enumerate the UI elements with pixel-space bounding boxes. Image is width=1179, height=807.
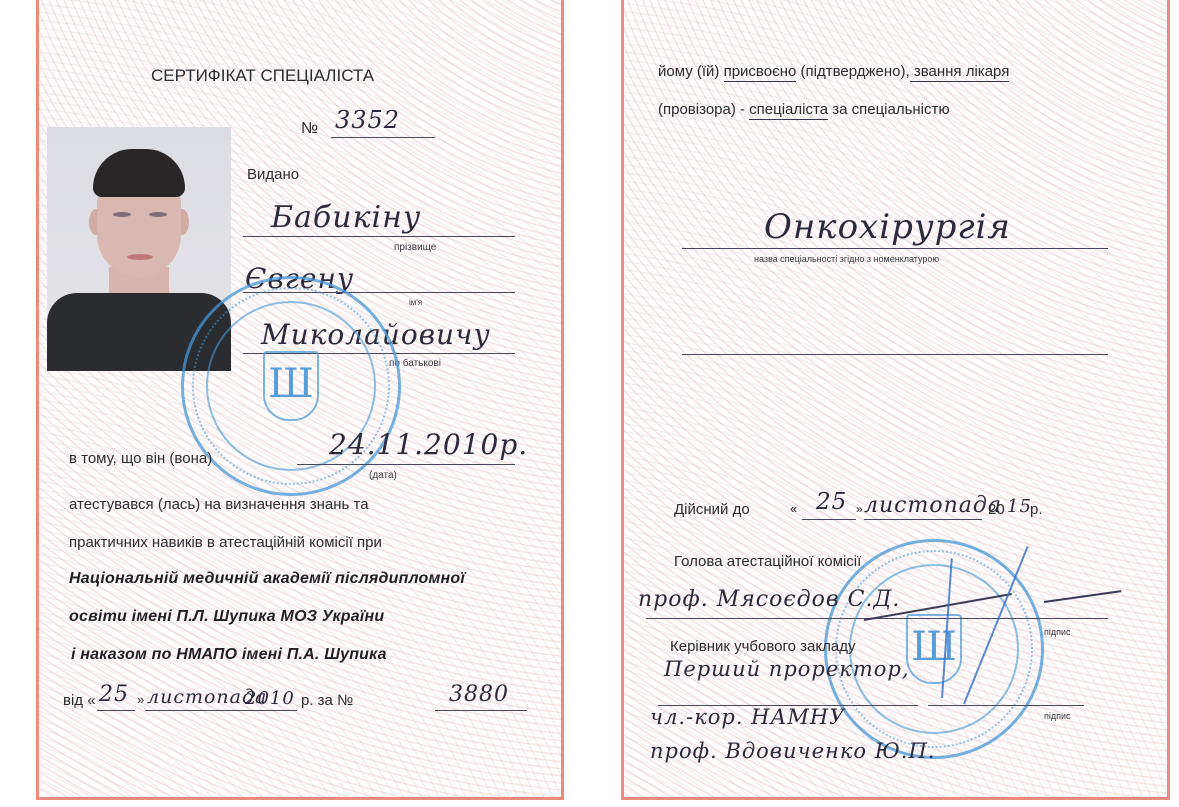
valid-open-quote: « bbox=[790, 501, 797, 516]
valid-month-line bbox=[864, 519, 982, 520]
conferred-line-1: йому (їй) присвоєно (підтверджено), зван… bbox=[658, 63, 1009, 80]
specialty-caption: назва спеціальності згідно з номенклатур… bbox=[754, 254, 939, 264]
conferred-line-2: (провізора) - спеціаліста за спеціальніс… bbox=[658, 101, 950, 118]
order-number: 3880 bbox=[449, 682, 509, 707]
institution-line-2: освіти імені П.Л. Шупика МОЗ України bbox=[69, 608, 384, 626]
valid-close-quote: » bbox=[856, 502, 863, 516]
certificate-title: СЕРТИФІКАТ СПЕЦІАЛІСТА bbox=[151, 66, 374, 86]
pharmacist-text: (провізора) - bbox=[658, 101, 749, 118]
conferred-prefix: йому (їй) bbox=[658, 63, 724, 80]
issued-label: Видано bbox=[247, 166, 299, 183]
specialist-text: спеціаліста bbox=[749, 101, 828, 120]
valid-until-label: Дійсний до bbox=[674, 501, 750, 518]
order-month-quote: » bbox=[137, 692, 144, 707]
valid-day: 25 bbox=[816, 489, 847, 515]
statement-label: в тому, що він (вона) bbox=[69, 450, 212, 467]
valid-year-suffix: 15 bbox=[1007, 496, 1032, 517]
trident-emblem-icon: Ш bbox=[263, 351, 319, 421]
certificate-right-page: йому (їй) присвоєно (підтверджено), зван… bbox=[621, 0, 1170, 800]
institution-line-3: і наказом по НМАПО імені П.А. Шупика bbox=[71, 646, 387, 664]
date-caption: (дата) bbox=[369, 470, 397, 481]
conferred-confirmed: (підтверджено), bbox=[796, 63, 909, 80]
valid-year-r: р. bbox=[1030, 501, 1043, 518]
specialty-line bbox=[682, 248, 1108, 249]
institution-head-label: Керівник учбового закладу bbox=[670, 638, 855, 655]
surname-caption: прізвище bbox=[394, 242, 436, 253]
institution-head-position: Перший проректор, bbox=[664, 657, 910, 681]
order-day-line bbox=[97, 710, 135, 711]
order-from-label: від « bbox=[63, 692, 96, 709]
institution-head-name: проф. Вдовиченко Ю.П. bbox=[650, 739, 935, 763]
official-stamp-right: Ш bbox=[824, 539, 1044, 759]
order-month-line bbox=[145, 710, 297, 711]
date-line bbox=[297, 464, 515, 465]
signature-caption-1: підпис bbox=[1044, 627, 1071, 637]
valid-year-prefix: 20 bbox=[988, 501, 1005, 518]
trident-emblem-icon: Ш bbox=[906, 614, 962, 684]
institution-head-degree: чл.-кор. НАМНУ bbox=[650, 705, 845, 729]
surname-line bbox=[243, 236, 515, 237]
attestation-date: 24.11.2010р. bbox=[329, 428, 528, 461]
first-name-caption: ім'я bbox=[409, 298, 422, 307]
commission-signature-tail bbox=[1044, 590, 1122, 603]
order-year: 2010 bbox=[245, 688, 295, 709]
order-day: 25 bbox=[99, 682, 129, 707]
institution-line-1: Національній медичній академії післядипл… bbox=[69, 570, 465, 588]
order-number-line bbox=[435, 710, 527, 711]
body-line-2: практичних навиків в атестаційній комісі… bbox=[69, 534, 382, 551]
body-line-1: атестувався (лась) на визначення знань т… bbox=[69, 496, 369, 513]
specialty-value: Онкохірургія bbox=[764, 207, 1011, 247]
order-number-label: р. за № bbox=[301, 692, 353, 709]
surname-value: Бабикіну bbox=[271, 200, 421, 235]
by-specialty-text: за спеціальністю bbox=[828, 101, 950, 118]
commission-head-label: Голова атестаційної комісії bbox=[674, 553, 861, 570]
certificate-left-page: СЕРТИФІКАТ СПЕЦІАЛІСТА № 3352 Видано Баб… bbox=[36, 0, 564, 800]
valid-month: листопада bbox=[864, 493, 1002, 518]
conferred-title: звання лікаря bbox=[910, 63, 1010, 82]
number-underline bbox=[331, 137, 435, 138]
certificate-number: 3352 bbox=[335, 106, 400, 134]
institution-signature-line bbox=[928, 705, 1084, 706]
signature-caption-2: підпис bbox=[1044, 711, 1071, 721]
official-stamp: Ш bbox=[181, 276, 401, 496]
specialty-line-2 bbox=[682, 354, 1108, 355]
number-label: № bbox=[301, 120, 318, 138]
conferred-assigned: присвоєно bbox=[724, 63, 797, 82]
commission-head-name: проф. Мясоєдов С.Д. bbox=[638, 587, 900, 612]
valid-day-line bbox=[802, 519, 856, 520]
